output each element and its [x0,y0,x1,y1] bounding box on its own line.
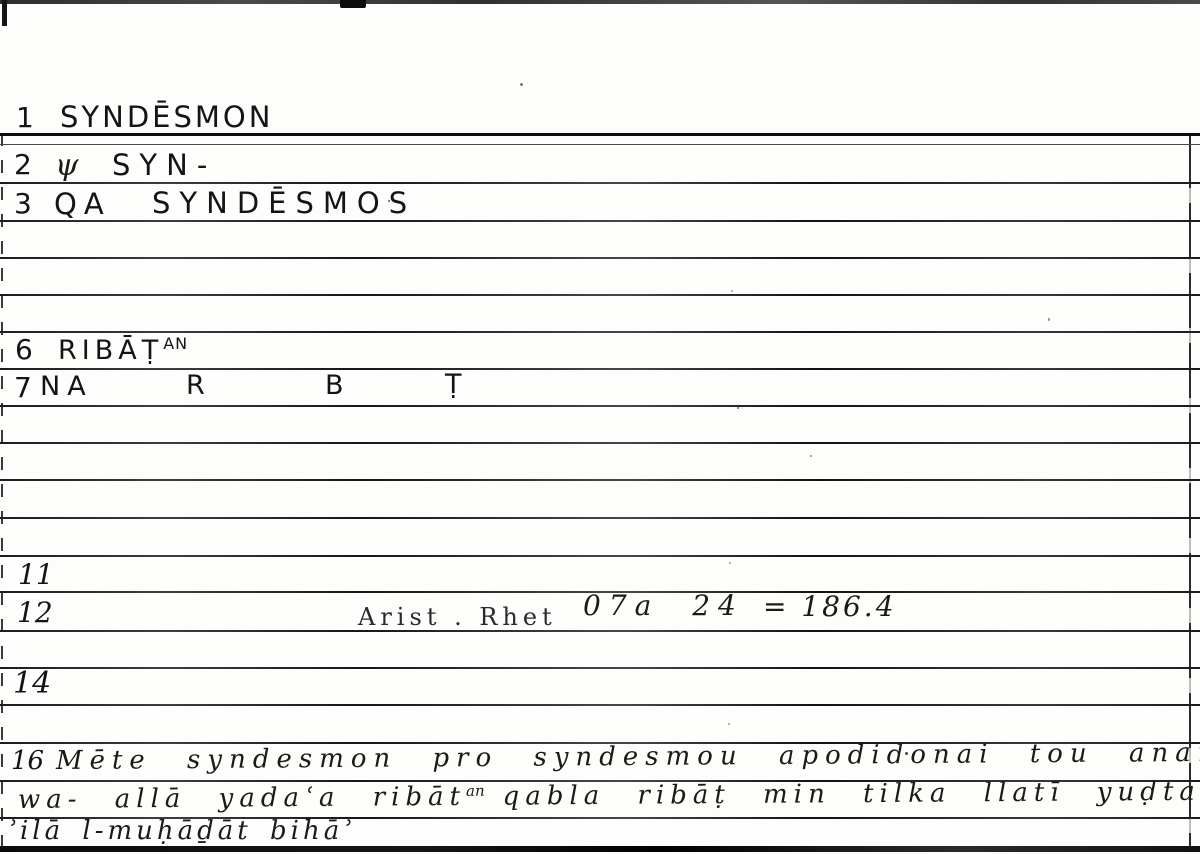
arabic-transliteration-line1: wa- allā yadaʿa ribātanqabla ribāṭ min t… [18,776,1200,815]
qa-abbreviation: QA [54,187,111,221]
scan-speck [737,407,739,409]
ruled-line [0,517,1200,519]
index-card: 1 SYNDĒSMON 2 ψ SYN- 3 QA SYNDĒSMOS 6 RI… [0,0,1200,854]
scan-speck [728,723,730,725]
citation-locus: 07a 24 [583,589,744,622]
ruled-line [0,555,1200,557]
ruled-line [0,630,1200,632]
na-abbreviation: NA [40,371,93,402]
entry-number-12: 12 [17,596,53,629]
entry-number-14: 14 [13,666,51,701]
citation-conversion: = 186.4 [763,590,897,623]
root-letter-b: B [325,370,347,401]
scan-speck [905,752,908,755]
card-top-edge [0,0,1200,4]
tanwin-superscript: AN [163,334,188,353]
arabic-transliteration-line2: ʾilā l-muḥāḏāt bihāʾ [8,816,355,846]
entry-number-6: 6 [15,333,33,366]
arabic-line1-post: qabla ribāṭ min tilka llatī yuḍtarru [503,776,1200,811]
ruled-line [0,294,1200,296]
entry-number-2: 2 [14,148,32,181]
scan-speck [520,83,523,86]
psi-symbol: ψ [55,148,79,183]
scan-speck [1048,318,1050,321]
card-left-edge [1,133,3,848]
headword-syn: SYN- [112,148,216,182]
ruled-line [0,182,1200,184]
ruled-line [0,331,1200,333]
entry-number-7: 7 [14,371,32,404]
entry-number-3: 3 [14,187,32,220]
ruled-line [0,144,1200,145]
root-letter-r: R [186,370,208,401]
ruled-line [0,220,1200,222]
card-corner-mark [2,0,7,26]
scan-speck [729,562,731,564]
scan-speck [731,290,733,292]
tanwin-superscript-small: an [466,782,485,800]
ruled-line [0,704,1200,706]
ruled-line [0,368,1200,370]
entry-number-16: 16 [11,746,44,776]
headword-ribatan: RIBĀṬAN [58,334,188,366]
headword-syndesmos: SYNDĒSMOS [152,186,416,220]
citation-source: Arist . Rhet [358,603,557,631]
ruled-line [0,405,1200,407]
entry-number-11: 11 [18,558,54,591]
root-letter-t: Ṭ [445,369,465,400]
ruled-line [0,479,1200,481]
scan-speck [388,200,390,202]
ribat-word: RIBĀṬ [58,335,163,366]
ruled-line [0,257,1200,259]
scan-speck [810,455,812,457]
entry-number-1: 1 [16,101,34,134]
headword-syndesmon: SYNDĒSMON [60,100,273,134]
ruled-line [0,442,1200,444]
arabic-line1-pre: wa- allā yadaʿa ribāt [18,782,466,815]
card-top-notch [340,0,366,8]
card-bottom-edge [0,846,1200,852]
ruled-line [0,667,1200,669]
